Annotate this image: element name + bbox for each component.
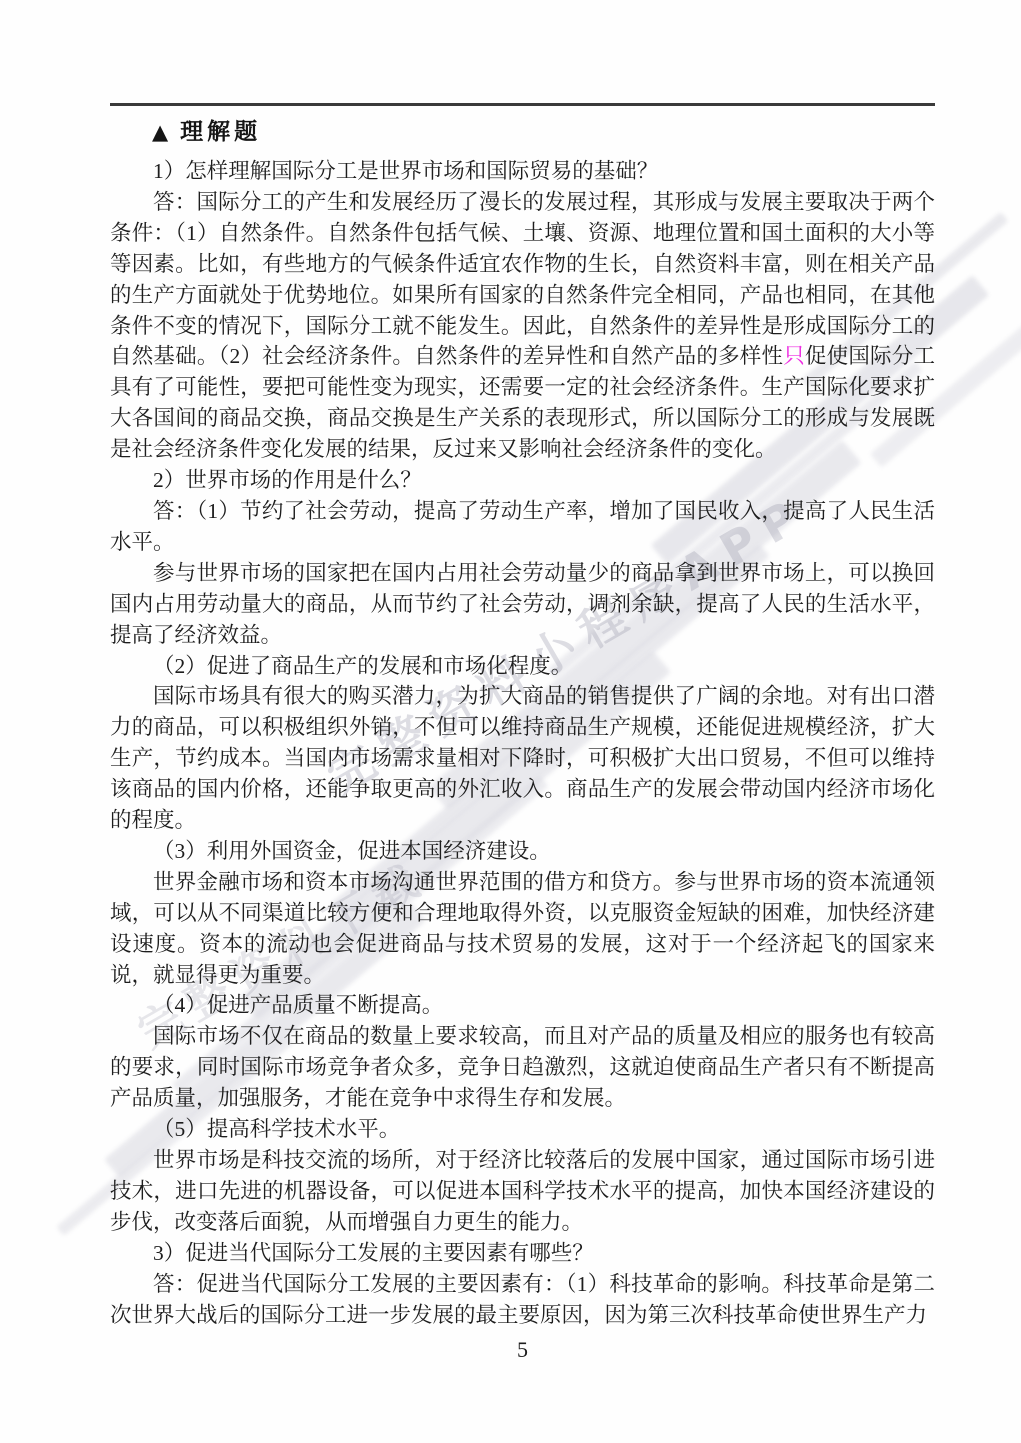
page-number: 5 — [110, 1337, 935, 1363]
text-segment: 世界市场是科技交流的场所，对于经济比较落后的发展中国家，通过国际市场引进技术，进… — [110, 1148, 935, 1234]
text-segment: 答：（1）节约了社会劳动，提高了劳动生产率，增加了国民收入，提高了人民生活水平。 — [110, 499, 935, 554]
text-segment: （2）促进了商品生产的发展和市场化程度。 — [153, 654, 572, 678]
answer-2-p3: （2）促进了商品生产的发展和市场化程度。 — [110, 651, 935, 682]
question-3: 3）促进当代国际分工发展的主要因素有哪些？ — [110, 1238, 935, 1269]
answer-2-p5: （3）利用外国资金，促进本国经济建设。 — [110, 836, 935, 867]
answer-3-p1: 答：促进当代国际分工发展的主要因素有：（1）科技革命的影响。科技革命是第二次世界… — [110, 1269, 935, 1331]
section-heading: ▲理解题 — [110, 117, 935, 147]
answer-2-p2: 参与世界市场的国家把在国内占用社会劳动量少的商品拿到世界市场上，可以换回国内占用… — [110, 558, 935, 651]
answer-2-p6: 世界金融市场和资本市场沟通世界范围的借方和贷方。参与世界市场的资本流通领域，可以… — [110, 867, 935, 991]
text-segment: 2）世界市场的作用是什么？ — [153, 468, 422, 492]
page-content: ▲理解题 1）怎样理解国际分工是世界市场和国际贸易的基础？答：国际分工的产生和发… — [110, 103, 935, 1363]
text-segment: （4）促进产品质量不断提高。 — [153, 993, 443, 1017]
text-segment: 国际市场具有很大的购买潜力，为扩大商品的销售提供了广阔的余地。对有出口潜力的商品… — [110, 684, 935, 832]
answer-2-p4: 国际市场具有很大的购买潜力，为扩大商品的销售提供了广阔的余地。对有出口潜力的商品… — [110, 681, 935, 836]
text-segment: （3）利用外国资金，促进本国经济建设。 — [153, 839, 551, 863]
text-segment: 国际市场不仅在商品的数量上要求较高，而且对产品的质量及相应的服务也有较高的要求，… — [110, 1024, 935, 1110]
text-segment: 世界金融市场和资本市场沟通世界范围的借方和贷方。参与世界市场的资本流通领域，可以… — [110, 870, 935, 987]
text-segment: 答：促进当代国际分工发展的主要因素有：（1）科技革命的影响。科技革命是第二次世界… — [110, 1272, 935, 1327]
divider-rule — [110, 103, 935, 106]
text-segment: 3）促进当代国际分工发展的主要因素有哪些？ — [153, 1241, 594, 1265]
body-text: 1）怎样理解国际分工是世界市场和国际贸易的基础？答：国际分工的产生和发展经历了漫… — [110, 156, 935, 1330]
triangle-marker-icon: ▲ — [152, 120, 168, 144]
answer-2-p7: （4）促进产品质量不断提高。 — [110, 990, 935, 1021]
answer-2-p9: （5）提高科学技术水平。 — [110, 1114, 935, 1145]
answer-2-p10: 世界市场是科技交流的场所，对于经济比较落后的发展中国家，通过国际市场引进技术，进… — [110, 1145, 935, 1238]
highlighted-char: 只 — [783, 344, 805, 368]
question-2: 2）世界市场的作用是什么？ — [110, 465, 935, 496]
text-segment: 1）怎样理解国际分工是世界市场和国际贸易的基础？ — [153, 159, 658, 183]
text-segment: 参与世界市场的国家把在国内占用社会劳动量少的商品拿到世界市场上，可以换回国内占用… — [110, 561, 935, 647]
answer-2-p8: 国际市场不仅在商品的数量上要求较高，而且对产品的质量及相应的服务也有较高的要求，… — [110, 1021, 935, 1114]
question-1: 1）怎样理解国际分工是世界市场和国际贸易的基础？ — [110, 156, 935, 187]
text-segment: （5）提高科学技术水平。 — [153, 1117, 400, 1141]
section-title: 理解题 — [180, 119, 261, 145]
answer-1: 答：国际分工的产生和发展经历了漫长的发展过程，其形成与发展主要取决于两个条件：（… — [110, 187, 935, 465]
document-page: 完整资料小程序APP完整资料下载 ▲理解题 1）怎样理解国际分工是世界市场和国际… — [0, 0, 1021, 1443]
text-segment: 答：国际分工的产生和发展经历了漫长的发展过程，其形成与发展主要取决于两个条件：（… — [110, 190, 935, 369]
answer-2-p1: 答：（1）节约了社会劳动，提高了劳动生产率，增加了国民收入，提高了人民生活水平。 — [110, 496, 935, 558]
